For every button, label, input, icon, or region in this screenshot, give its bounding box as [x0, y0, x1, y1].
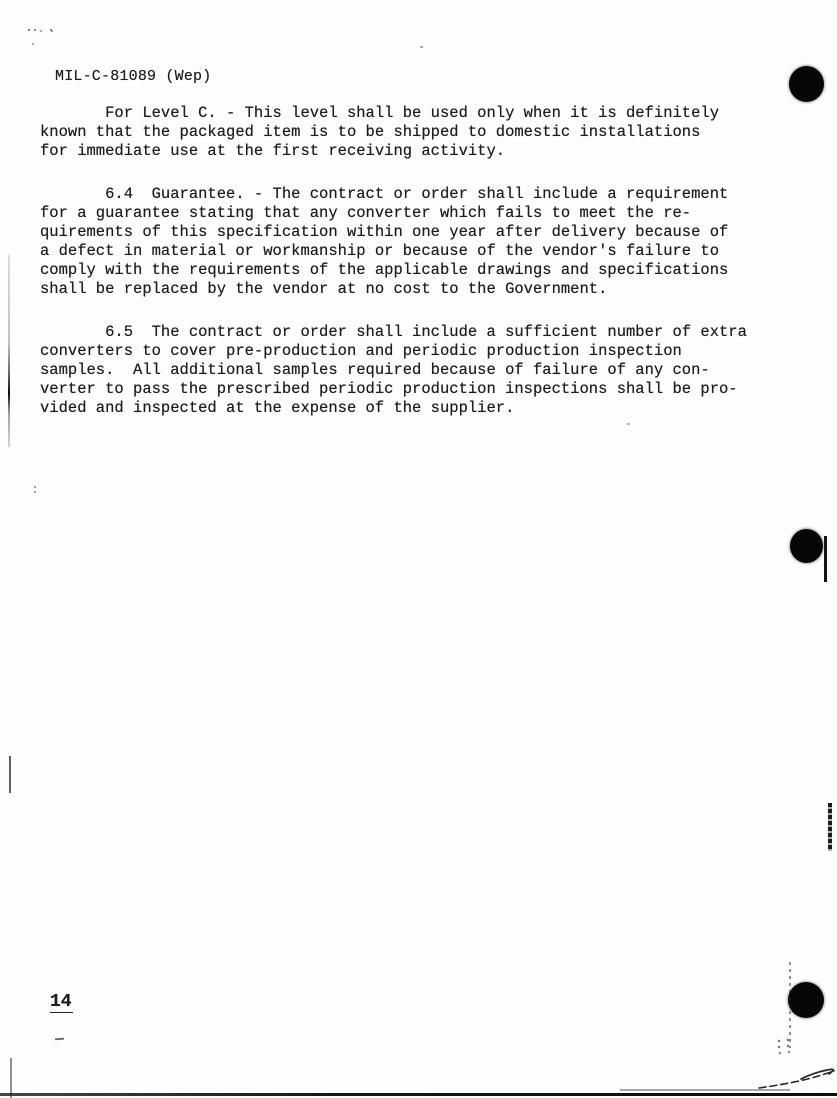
binder-hole-mark-middle: [790, 529, 823, 563]
scan-noise-dot: [420, 46, 423, 48]
paragraph-6-5-extra-converters: 6.5 The contract or order shall include …: [40, 323, 770, 418]
scanned-document-page: MIL-C-81089 (Wep) For Level C. - This le…: [0, 0, 837, 1098]
scan-edge-line: [9, 756, 11, 793]
scan-noise-dash: [55, 1038, 64, 1041]
scan-noise-dashed-line: [789, 962, 791, 1048]
binder-hole-mark-bottom: [788, 982, 824, 1018]
pen-scribble: [755, 1062, 837, 1092]
scan-noise-smudge: [776, 1038, 796, 1056]
scan-noise-marks: [28, 29, 30, 31]
paragraph-6-4-guarantee: 6.4 Guarantee. - The contract or order s…: [40, 185, 770, 299]
scan-edge-line: [10, 1058, 12, 1098]
paragraph-level-c: For Level C. - This level shall be used …: [40, 104, 770, 161]
page-number: 14: [50, 992, 73, 1013]
scan-bottom-border: [0, 1093, 837, 1096]
document-body: For Level C. - This level shall be used …: [40, 104, 770, 418]
scan-noise-dot: [627, 423, 630, 425]
scan-edge-dash: [828, 803, 832, 851]
scan-edge-line: [8, 255, 10, 447]
binder-hole-mark-top: [789, 66, 824, 102]
document-id-header: MIL-C-81089 (Wep): [55, 68, 211, 85]
binder-hole-tail-line: [824, 536, 827, 582]
scan-noise-marks: [34, 486, 36, 488]
